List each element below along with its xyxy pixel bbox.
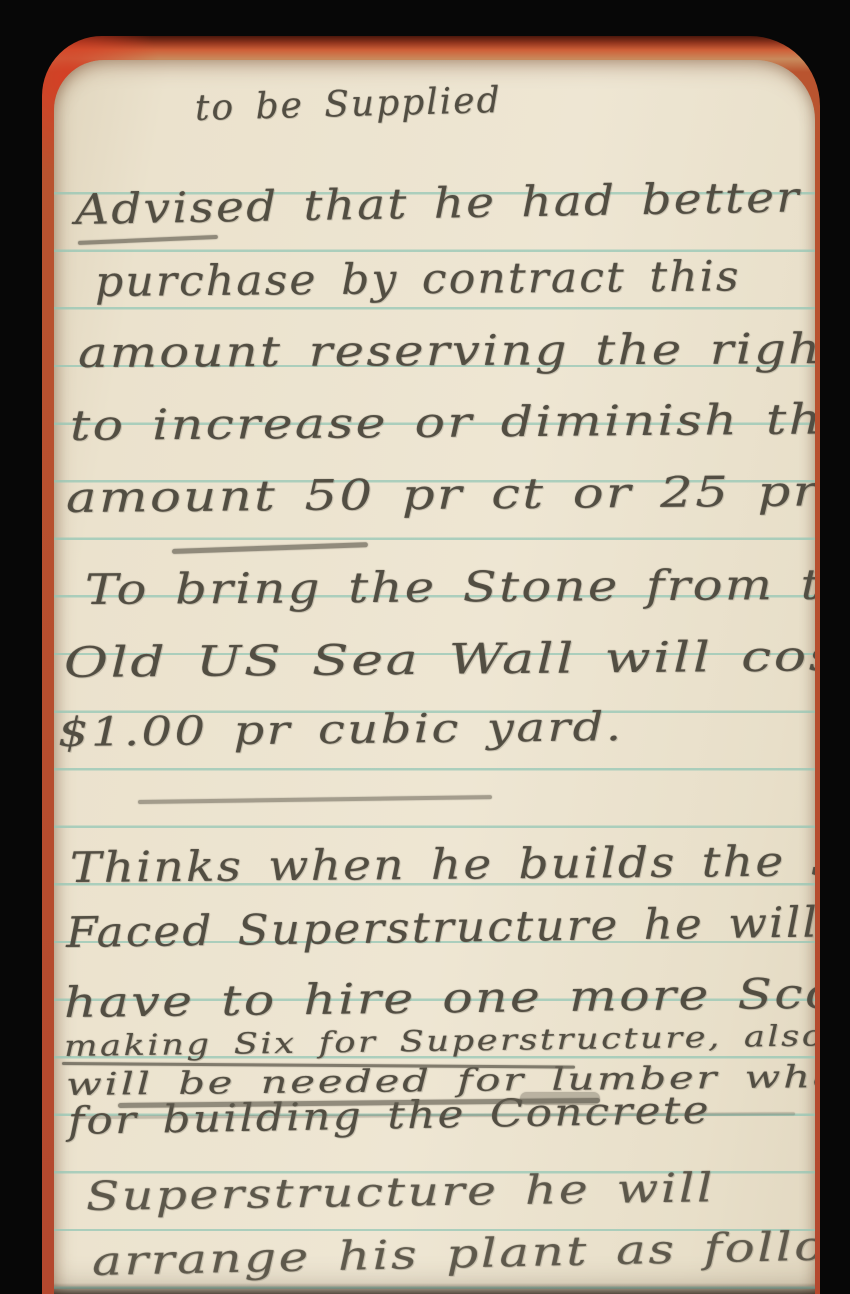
handwritten-line-2: purchase by contract this <box>95 254 741 304</box>
notebook-page: to be Supplied Advised that he had bette… <box>54 60 815 1294</box>
handwritten-line-9: Thinks when he builds the Stone- <box>70 838 815 890</box>
handwritten-line-7: Old US Sea Wall will cost <box>64 634 815 685</box>
handwritten-line-4: to increase or diminish the <box>70 397 815 448</box>
handwritten-line-10: Faced Superstructure he will <box>66 900 815 955</box>
handwritten-line-5: amount 50 pr ct or 25 pr ct. <box>66 469 815 521</box>
handwritten-line-11: have to hire one more Scow <box>64 971 815 1025</box>
handwritten-line-3: amount reserving the right <box>78 327 815 375</box>
handwritten-line-15: Superstructure he will <box>86 1167 716 1218</box>
handwritten-line-8: $1.00 pr cubic yard. <box>58 706 624 754</box>
pencil-smudge <box>520 1092 600 1105</box>
notebook-red-edges: to be Supplied Advised that he had bette… <box>42 36 820 1294</box>
photo-background: to be Supplied Advised that he had bette… <box>0 0 850 1294</box>
page-bottom-shadow <box>54 1283 815 1294</box>
handwritten-heading: to be Supplied <box>195 82 503 128</box>
handwritten-line-6: To bring the Stone from the <box>85 562 815 612</box>
